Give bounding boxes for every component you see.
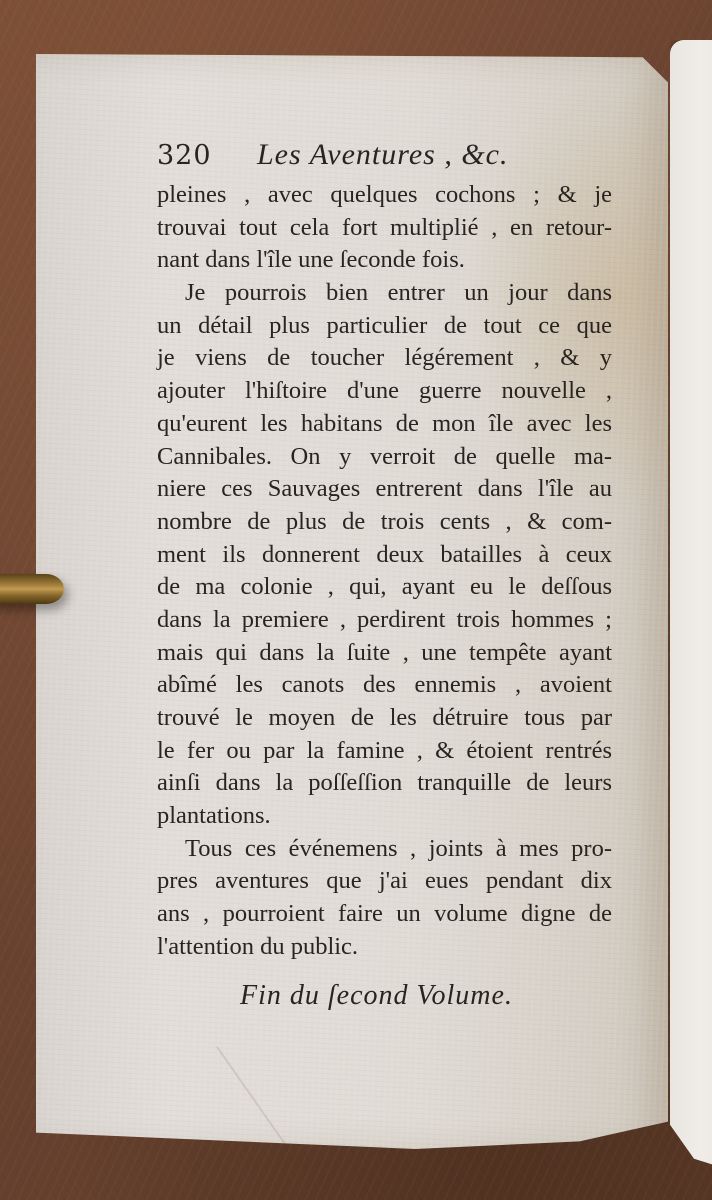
text-line: niere ces Sauvages entrerent dans l'île … xyxy=(157,473,612,506)
paragraph-2: Je pourrois bien entrer un jour dans un … xyxy=(157,277,612,833)
text-line: dans la premiere , perdirent trois homme… xyxy=(157,604,612,637)
page-number: 320 xyxy=(157,140,257,171)
paragraph-3: Tous ces événemens , joints à mes pro- p… xyxy=(157,833,612,964)
text-line: pleines , avec quelques cochons ; & je xyxy=(157,179,612,212)
text-line: Tous ces événemens , joints à mes pro- xyxy=(157,833,612,866)
text-line: le fer ou par la famine , & étoient rent… xyxy=(157,735,612,768)
text-line: trouvé le moyen de les détruire tous par xyxy=(157,702,612,735)
text-line: je viens de toucher légérement , & y xyxy=(157,342,612,375)
text-line: l'attention du public. xyxy=(157,931,612,964)
text-line: pres aventures que j'ai eues pendant dix xyxy=(157,865,612,898)
text-line: Je pourrois bien entrer un jour dans xyxy=(157,277,612,310)
text-line: ans , pourroient faire un volume digne d… xyxy=(157,898,612,931)
text-line: abîmé les canots des ennemis , avoient xyxy=(157,669,612,702)
text-line: ment ils donnerent deux batailles à ceux xyxy=(157,539,612,572)
facing-page-edge xyxy=(670,40,712,1170)
text-line: ainſi dans la poſſeſſion tranquille de l… xyxy=(157,767,612,800)
text-line: nombre de plus de trois cents , & com- xyxy=(157,506,612,539)
text-line: plantations. xyxy=(157,800,612,833)
paragraph-1: pleines , avec quelques cochons ; & je t… xyxy=(157,179,612,277)
text-line: ajouter l'hiſtoire d'une guerre nouvelle… xyxy=(157,375,612,408)
page-header: 320 Les Aventures , &c. xyxy=(157,138,612,174)
text-line: nant dans l'île une ſeconde fois. xyxy=(157,244,612,277)
text-line: qu'eurent les habitans de mon île avec l… xyxy=(157,408,612,441)
colophon-end-of-volume: Fin du ſecond Volume. xyxy=(240,980,513,1012)
brass-page-pointer xyxy=(0,574,64,604)
text-line: trouvai tout cela fort multiplié , en re… xyxy=(157,212,612,245)
text-line: mais qui dans la ſuite , une tempête aya… xyxy=(157,637,612,670)
text-line: de ma colonie , qui, ayant eu le deſſous xyxy=(157,571,612,604)
text-line: Cannibales. On y verroit de quelle ma- xyxy=(157,441,612,474)
text-line: un détail plus particulier de tout ce qu… xyxy=(157,310,612,343)
page-text: 320 Les Aventures , &c. pleines , avec q… xyxy=(157,138,612,964)
running-title: Les Aventures , &c. xyxy=(257,138,508,172)
